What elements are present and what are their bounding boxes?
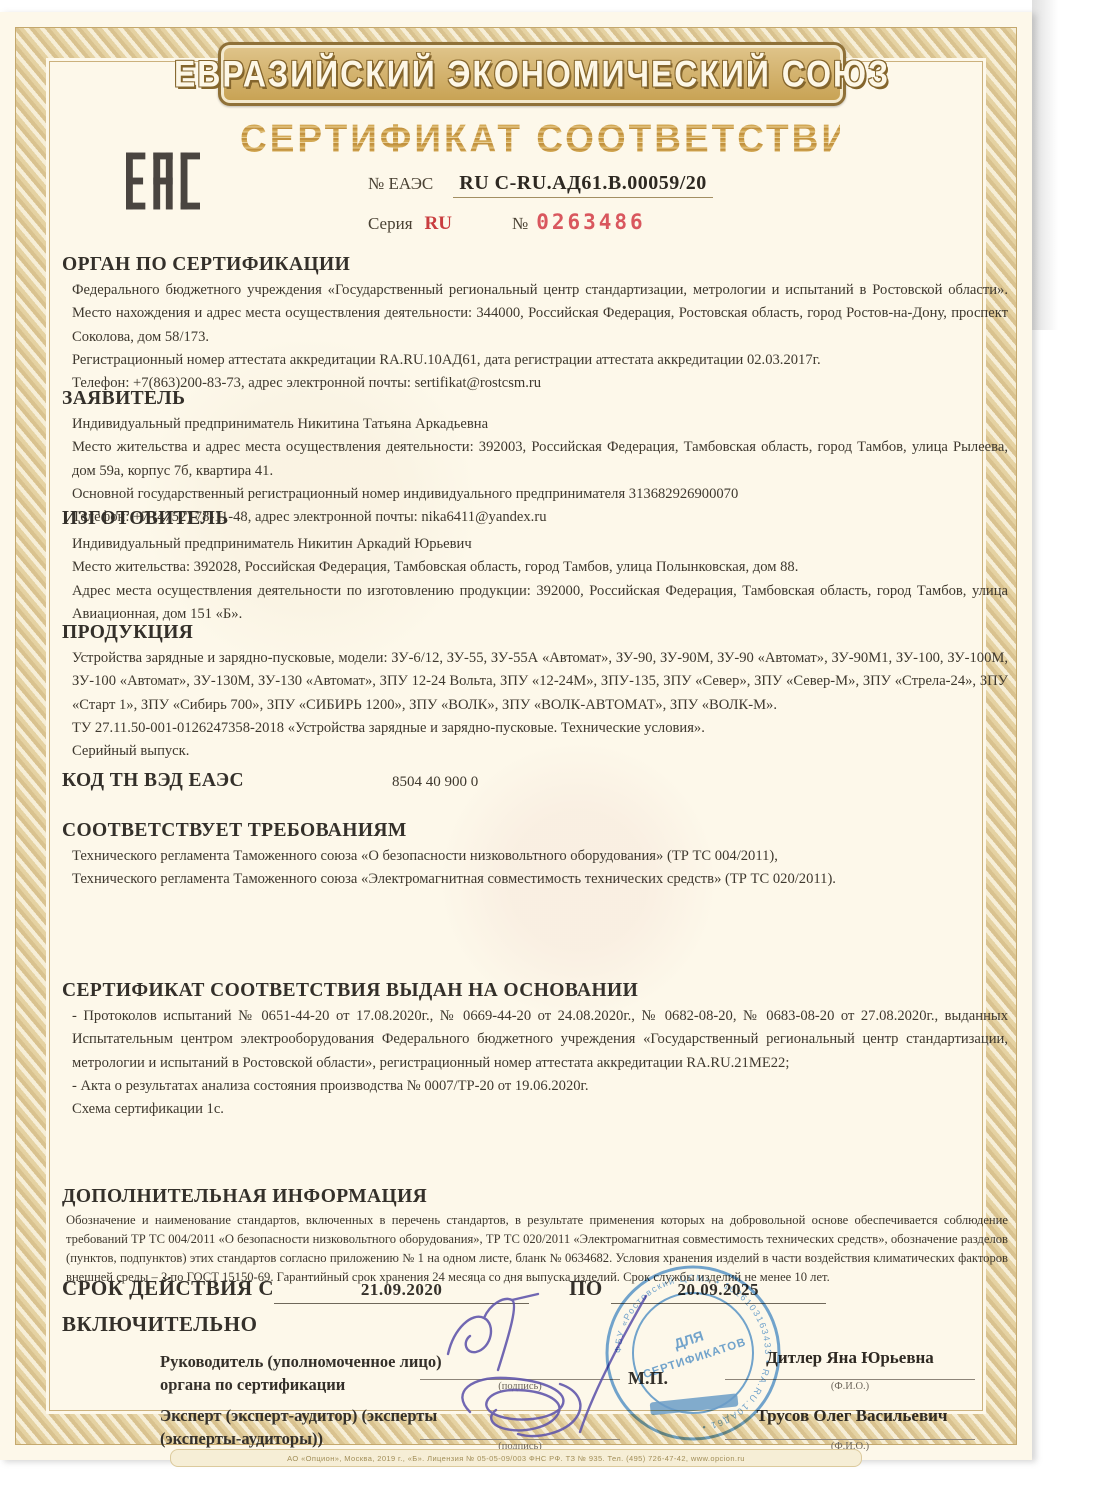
section-manufacturer: ИЗГОТОВИТЕЛЬ Индивидуальный предпринимат… <box>62 508 1008 626</box>
section-heading: СЕРТИФИКАТ СООТВЕТСТВИЯ ВЫДАН НА ОСНОВАН… <box>62 980 1008 1002</box>
section-paragraph: - Акта о результатах анализа состояния п… <box>72 1075 1008 1098</box>
certificate-page: ЕВРАЗИЙСКИЙ ЭКОНОМИЧЕСКИЙ СОЮЗ СЕРТИФИКА… <box>0 0 1096 1500</box>
certification-stamp: ФБУ «Ростовский ЦСМ» • 1026103163433 • R… <box>598 1258 788 1448</box>
section-issue-basis: СЕРТИФИКАТ СООТВЕТСТВИЯ ВЫДАН НА ОСНОВАН… <box>62 980 1008 1122</box>
footer-imprint: АО «Опцион», Москва, 2019 г., «Б». Лицен… <box>170 1449 862 1467</box>
section-paragraph: Индивидуальный предприниматель Никитин А… <box>72 533 1008 556</box>
eac-mark-icon <box>126 148 200 214</box>
section-conformity: СООТВЕТСТВУЕТ ТРЕБОВАНИЯМ Технического р… <box>62 820 1008 892</box>
section-paragraph: Устройства зарядные и зарядно-пусковые, … <box>72 647 1008 717</box>
series-value: RU <box>425 213 452 235</box>
section-paragraph: Технического регламента Таможенного союз… <box>72 845 1008 868</box>
certificate-number-row: № ЕАЭС RU C-RU.АД61.В.00059/20 <box>368 172 713 198</box>
eaeu-banner-label: ЕВРАЗИЙСКИЙ ЭКОНОМИЧЕСКИЙ СОЮЗ <box>174 53 890 96</box>
serial-sign: № <box>512 214 528 234</box>
section-paragraph: Регистрационный номер аттестата аккредит… <box>72 349 1008 372</box>
section-heading: ОРГАН ПО СЕРТИФИКАЦИИ <box>62 254 1008 276</box>
eaeu-banner: ЕВРАЗИЙСКИЙ ЭКОНОМИЧЕСКИЙ СОЮЗ <box>218 42 846 106</box>
serial-number: 0263486 <box>536 210 646 234</box>
document-title: СЕРТИФИКАТ СООТВЕТСТВИЯ <box>240 117 840 161</box>
validity-label-from: СРОК ДЕЙСТВИЯ С <box>62 1276 274 1301</box>
certificate-number-label: № ЕАЭС <box>368 174 433 194</box>
section-heading: ИЗГОТОВИТЕЛЬ <box>62 508 1008 530</box>
section-tnved-code: КОД ТН ВЭД ЕАЭС 8504 40 900 0 <box>62 770 1008 795</box>
section-paragraph: Место жительства и адрес места осуществл… <box>72 436 1008 483</box>
section-certification-body: ОРГАН ПО СЕРТИФИКАЦИИ Федерального бюдже… <box>62 254 1008 396</box>
section-paragraph: Основной государственный регистрационный… <box>72 483 1008 506</box>
section-production: ПРОДУКЦИЯ Устройства зарядные и зарядно-… <box>62 622 1008 764</box>
series-row: Серия RU № 0263486 <box>368 210 646 235</box>
section-heading: ЗАЯВИТЕЛЬ <box>62 388 1008 410</box>
certificate-number-value: RU C-RU.АД61.В.00059/20 <box>453 172 712 198</box>
section-paragraph: Технического регламента Таможенного союз… <box>72 868 1008 891</box>
section-heading: ПРОДУКЦИЯ <box>62 622 1008 644</box>
section-additional-info: ДОПОЛНИТЕЛЬНАЯ ИНФОРМАЦИЯ Обозначение и … <box>62 1186 1008 1287</box>
section-paragraph: Федерального бюджетного учреждения «Госу… <box>72 279 1008 349</box>
section-heading: СООТВЕТСТВУЕТ ТРЕБОВАНИЯМ <box>62 820 1008 842</box>
section-paragraph: ТУ 27.11.50-001-0126247358-2018 «Устройс… <box>72 717 1008 740</box>
section-paragraph: Индивидуальный предприниматель Никитина … <box>72 413 1008 436</box>
section-paragraph: - Протоколов испытаний № 0651-44-20 от 1… <box>72 1005 1008 1075</box>
section-paragraph: Схема сертификации 1с. <box>72 1098 1008 1121</box>
section-paragraph: Место жительства: 392028, Российская Фед… <box>72 556 1008 579</box>
tnved-value: 8504 40 900 0 <box>392 774 478 791</box>
certificate-sheet: ЕВРАЗИЙСКИЙ ЭКОНОМИЧЕСКИЙ СОЮЗ СЕРТИФИКА… <box>0 12 1032 1460</box>
expert-signature-ink <box>462 1378 580 1436</box>
section-paragraph: Адрес места осуществления деятельности п… <box>72 580 1008 627</box>
scan-edge-shadow <box>1032 0 1058 330</box>
section-heading: ДОПОЛНИТЕЛЬНАЯ ИНФОРМАЦИЯ <box>62 1186 1008 1208</box>
tnved-heading: КОД ТН ВЭД ЕАЭС <box>62 770 244 792</box>
validity-inclusive-label: ВКЛЮЧИТЕЛЬНО <box>62 1312 257 1337</box>
section-paragraph: Серийный выпуск. <box>72 740 1008 763</box>
series-label: Серия <box>368 214 413 234</box>
stamp-center-line1: ДЛЯ <box>672 1327 705 1351</box>
